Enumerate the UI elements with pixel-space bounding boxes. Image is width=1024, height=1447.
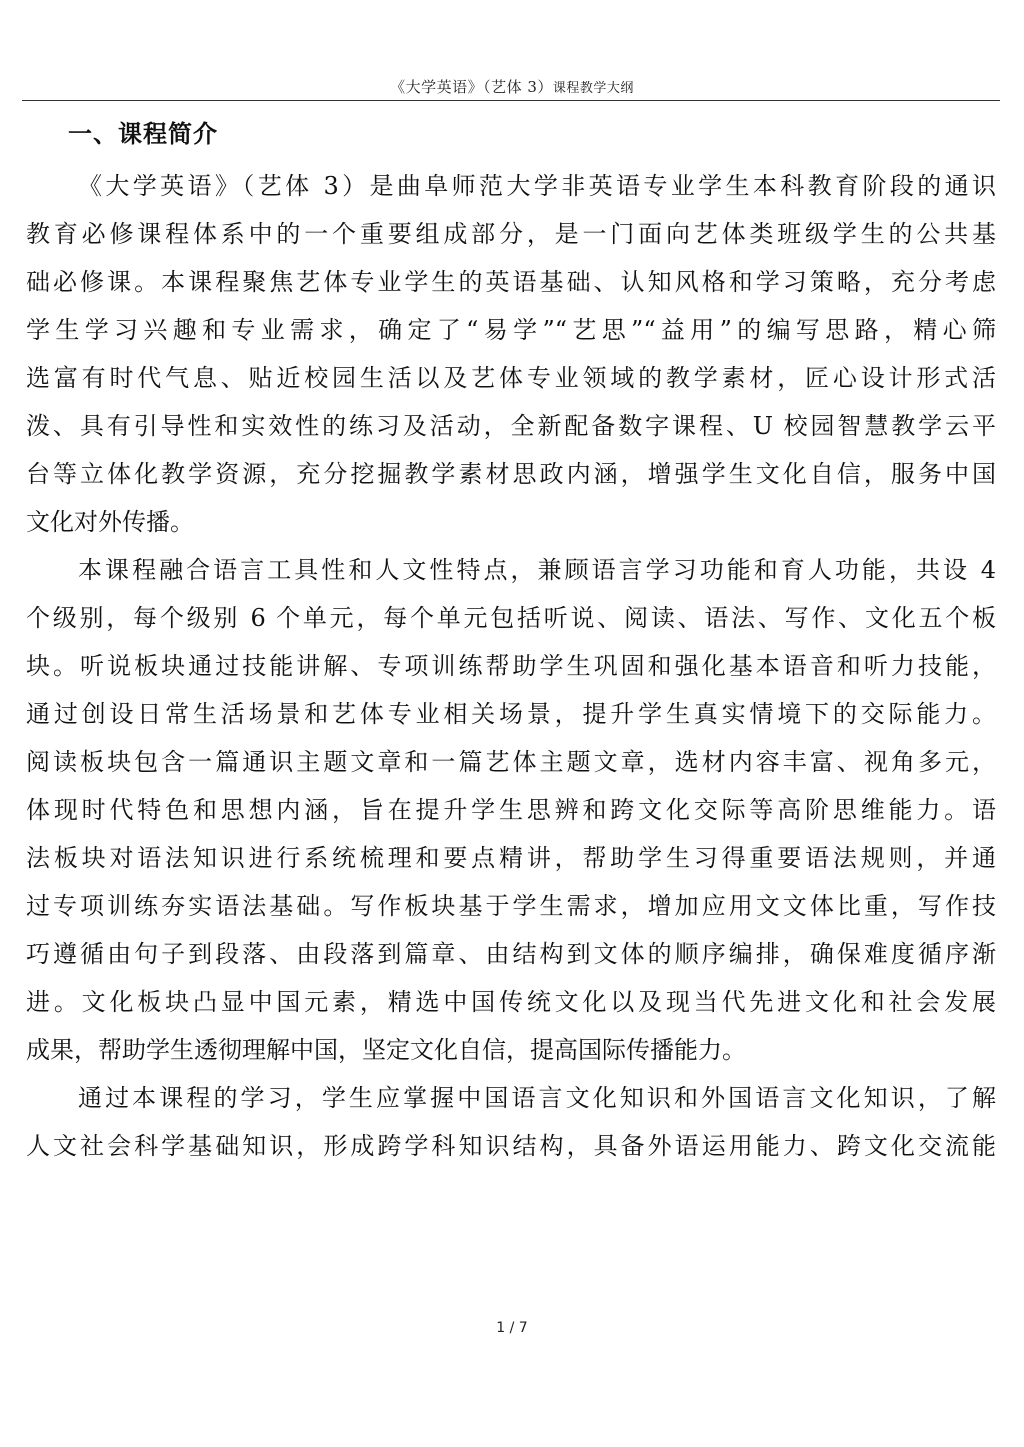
text-line: 进。文化板块凸显中国元素，精选中国传统文化以及现当代先进文化和社会发展: [26, 978, 996, 1026]
text-line: 学生学习兴趣和专业需求，确定了“易学”“艺思”“益用”的编写思路，精心筛: [26, 306, 996, 354]
text-line: 体现时代特色和思想内涵，旨在提升学生思辨和跨文化交际等高阶思维能力。语: [26, 786, 996, 834]
header-title: 《大学英语》（艺体 3）: [390, 78, 553, 96]
document-body: 《大学英语》（艺体 3）是曲阜师范大学非英语专业学生本科教育阶段的通识 教育必修…: [26, 162, 996, 1170]
text-line: 成果，帮助学生透彻理解中国，坚定文化自信，提高国际传播能力。: [26, 1026, 996, 1074]
text-line: 块。听说板块通过技能讲解、专项训练帮助学生巩固和强化基本语音和听力技能，: [26, 642, 996, 690]
text-line: 通过本课程的学习，学生应掌握中国语言文化知识和外国语言文化知识，了解: [26, 1074, 996, 1122]
text-line: 教育必修课程体系中的一个重要组成部分，是一门面向艺体类班级学生的公共基: [26, 210, 996, 258]
text-line: 本课程融合语言工具性和人文性特点，兼顾语言学习功能和育人功能，共设 4: [26, 546, 996, 594]
text-line: 阅读板块包含一篇通识主题文章和一篇艺体主题文章，选材内容丰富、视角多元，: [26, 738, 996, 786]
text-line: 选富有时代气息、贴近校园生活以及艺体专业领域的教学素材，匠心设计形式活: [26, 354, 996, 402]
text-line: 《大学英语》（艺体 3）是曲阜师范大学非英语专业学生本科教育阶段的通识: [26, 162, 996, 210]
page-number: 1 / 7: [0, 1320, 1024, 1336]
header-divider: [22, 100, 1000, 101]
text-line: 巧遵循由句子到段落、由段落到篇章、由结构到文体的顺序编排，确保难度循序渐: [26, 930, 996, 978]
text-line: 人文社会科学基础知识，形成跨学科知识结构，具备外语运用能力、跨文化交流能: [26, 1122, 996, 1170]
text-line: 个级别，每个级别 6 个单元，每个单元包括听说、阅读、语法、写作、文化五个板: [26, 594, 996, 642]
text-line: 台等立体化教学资源，充分挖掘教学素材思政内涵，增强学生文化自信，服务中国: [26, 450, 996, 498]
text-line: 泼、具有引导性和实效性的练习及活动，全新配备数字课程、U 校园智慧教学云平: [26, 402, 996, 450]
text-line: 文化对外传播。: [26, 498, 996, 546]
header-subtitle: 课程教学大纲: [553, 81, 634, 96]
text-line: 过专项训练夯实语法基础。写作板块基于学生需求，增加应用文文体比重，写作技: [26, 882, 996, 930]
section-heading: 一、课程简介: [68, 114, 218, 149]
text-line: 础必修课。本课程聚焦艺体专业学生的英语基础、认知风格和学习策略，充分考虑: [26, 258, 996, 306]
running-header: 《大学英语》（艺体 3）课程教学大纲: [0, 76, 1024, 97]
text-line: 法板块对语法知识进行系统梳理和要点精讲，帮助学生习得重要语法规则，并通: [26, 834, 996, 882]
text-line: 通过创设日常生活场景和艺体专业相关场景，提升学生真实情境下的交际能力。: [26, 690, 996, 738]
